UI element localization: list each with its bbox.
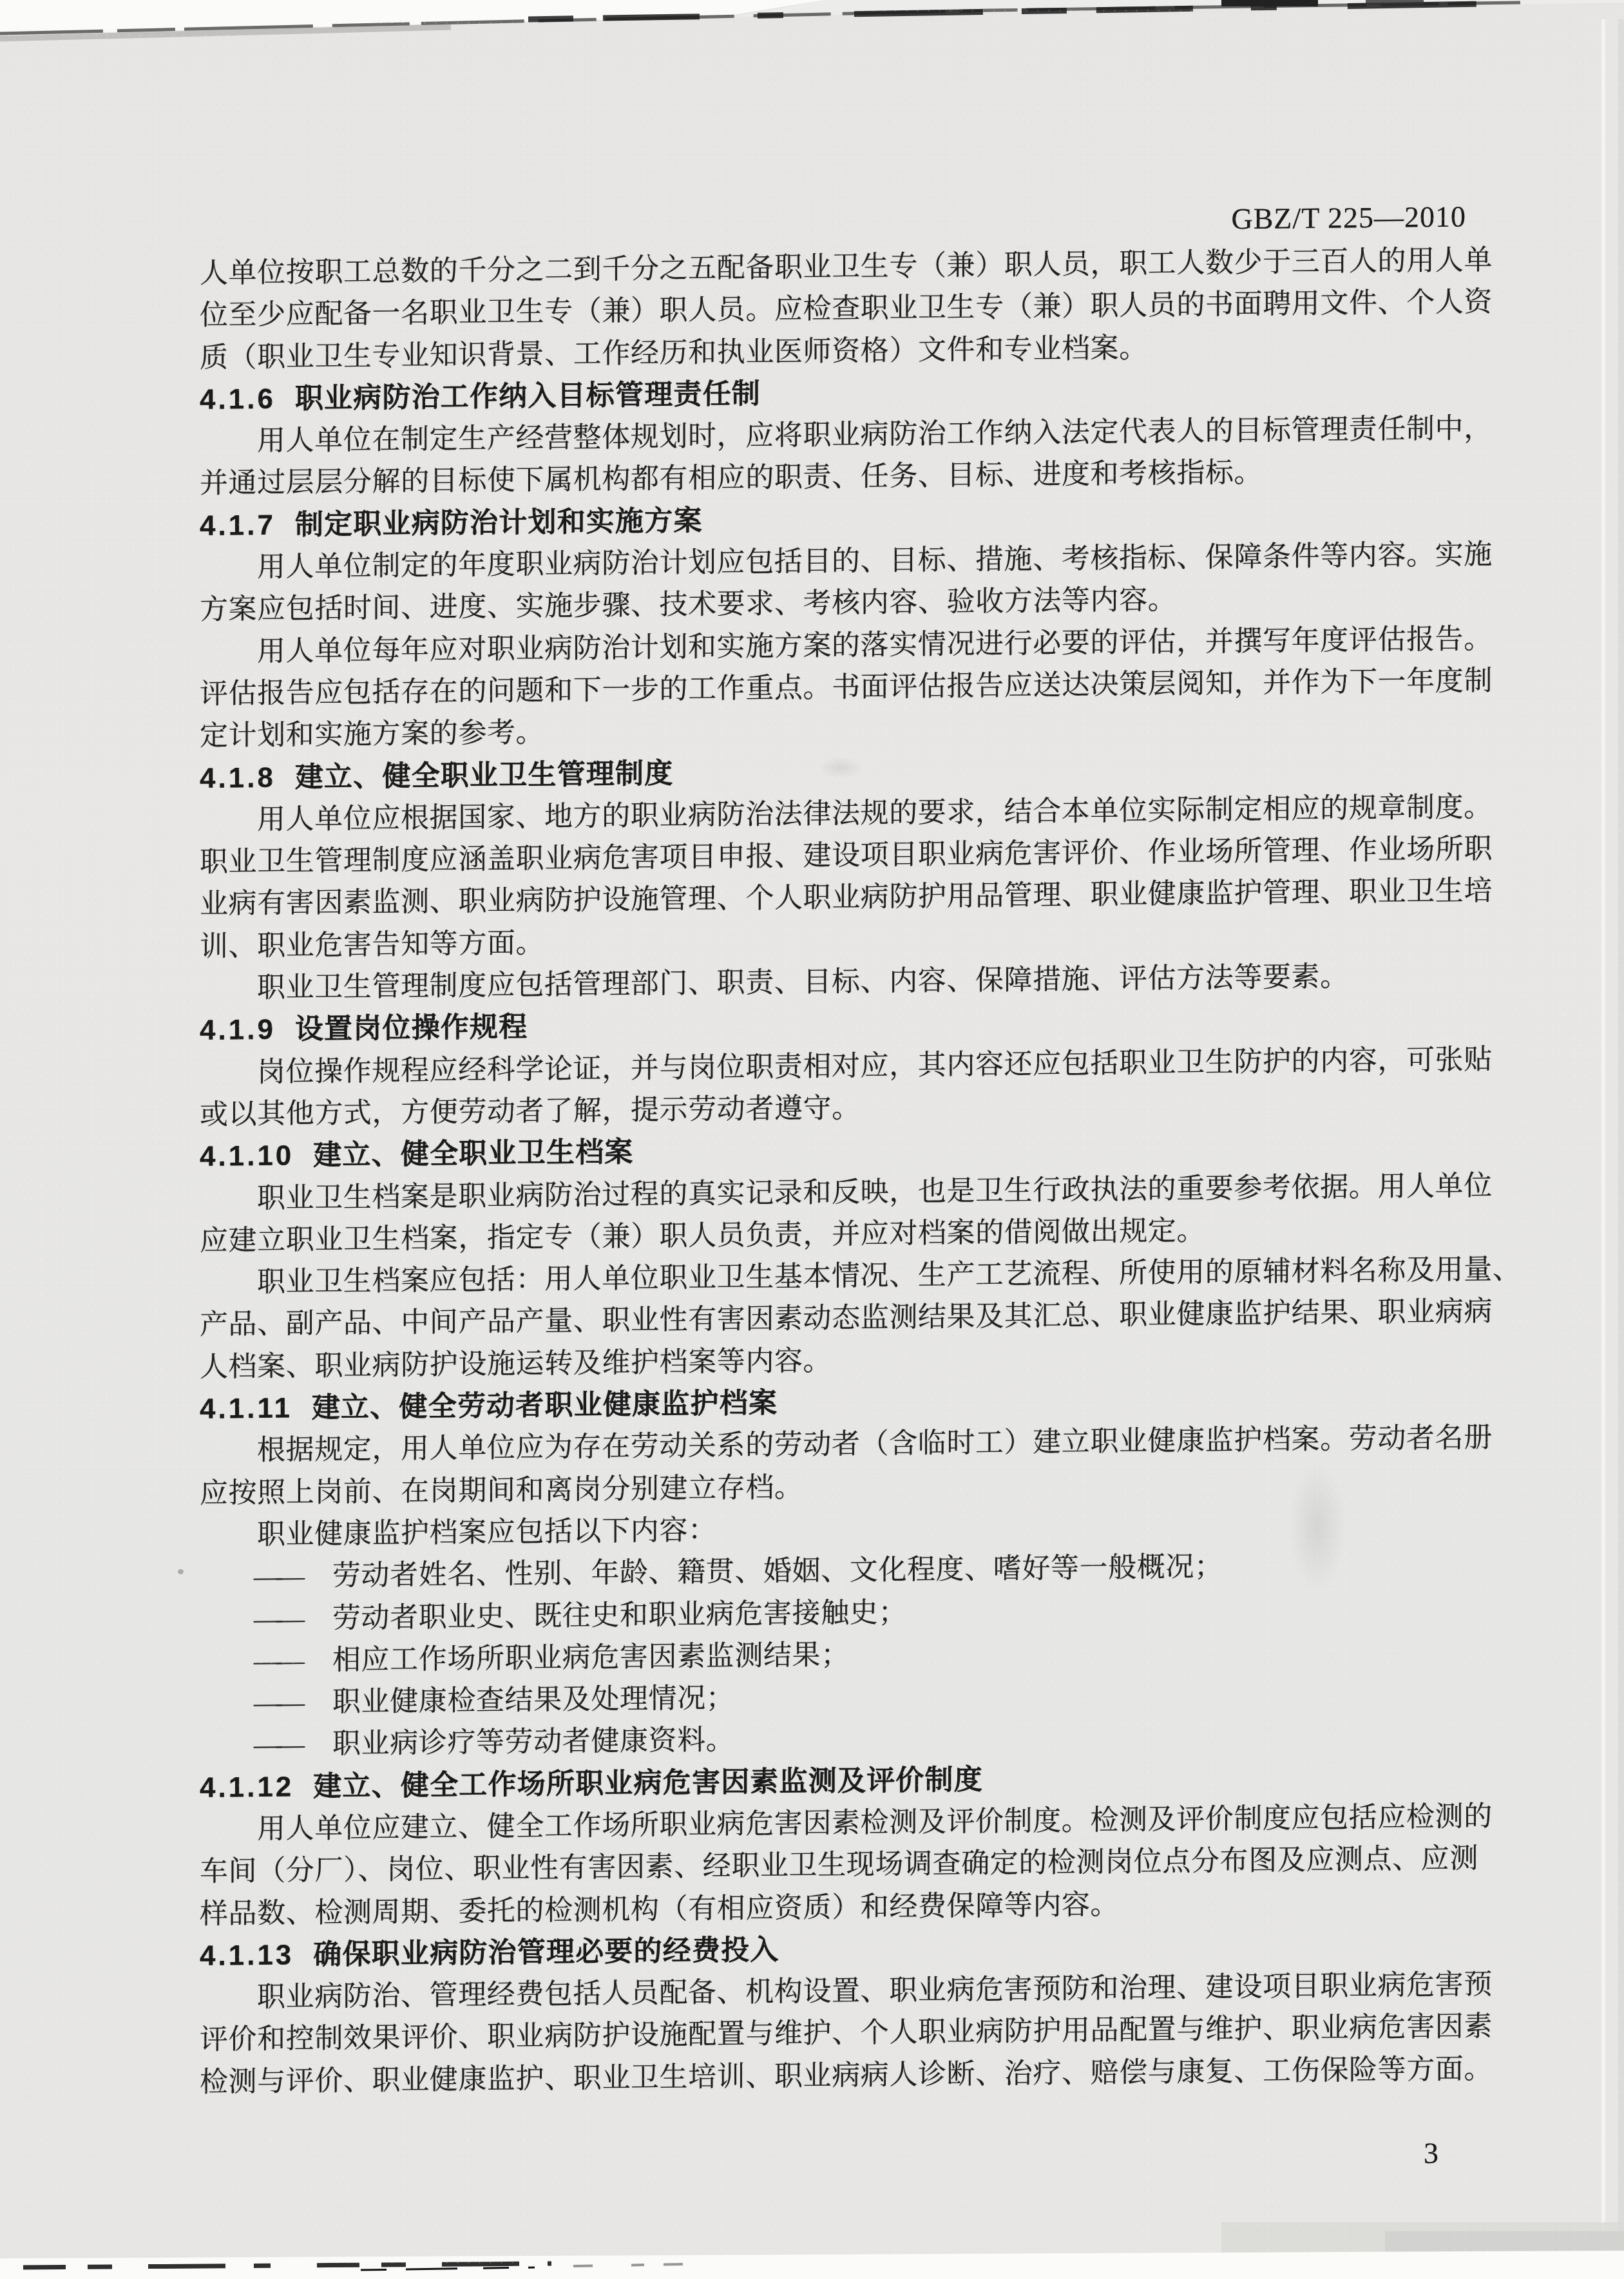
section-title: 建立、健全劳动者职业健康监护档案 [312,1387,778,1424]
list-dash: —— [254,1597,299,1640]
section-title: 建立、健全职业卫生管理制度 [295,758,674,793]
section-number: 4.1.7 [200,510,276,542]
section-title: 职业病防治工作纳入目标管理责任制 [295,378,761,415]
section-title: 建立、健全工作场所职业病危害因素监测及评价制度 [313,1764,983,1802]
section-number: 4.1.13 [200,1939,294,1972]
scan-smudge [178,1569,184,1574]
list-item-text: 职业病诊疗等劳动者健康资料。 [332,1724,734,1760]
section-title: 确保职业病防治管理必要的经费投入 [313,1934,779,1970]
list-item-text: 劳动者职业史、既往史和职业病危害接触史； [332,1596,907,1634]
scan-artifact-top-edge [0,0,1624,84]
section-number: 4.1.8 [200,761,276,794]
section-title: 设置岗位操作规程 [295,1011,528,1045]
section-number: 4.1.9 [200,1014,276,1046]
section-number: 4.1.6 [200,383,276,415]
list-item-text: 劳动者姓名、性别、年龄、籍贯、婚姻、文化程度、嗜好等一般概况； [332,1551,1223,1592]
list-dash: —— [254,1556,299,1598]
list-item-text: 相应工作场所职业病危害因素监测结果； [332,1639,850,1675]
section-title: 建立、健全职业卫生档案 [313,1136,633,1171]
scan-artifact-bottom-edge [0,2189,1624,2279]
list-dash: —— [254,1724,299,1766]
page-number: 3 [1424,2136,1438,2170]
section-title: 制定职业病防治计划和实施方案 [295,505,703,541]
scan-artifact-right-edge [1601,19,1624,2255]
list-dash: —— [254,1639,299,1682]
page-content: GBZ/T 225—2010 人单位按职工总数的千分之二到千分之五配备职业卫生专… [200,185,1495,198]
scanned-document-page: GBZ/T 225—2010 人单位按职工总数的千分之二到千分之五配备职业卫生专… [0,0,1624,2279]
list-dash: —— [254,1681,299,1724]
section-number: 4.1.11 [200,1393,292,1426]
document-body: 人单位按职工总数的千分之二到千分之五配备职业卫生专（兼）职人员，职工人数少于三百… [200,239,1495,2103]
list-item-text: 职业健康检查结果及处理情况； [332,1682,734,1718]
section-number: 4.1.10 [200,1140,294,1173]
section-number: 4.1.12 [200,1771,294,1804]
page-header-standard-number: GBZ/T 225—2010 [200,199,1466,247]
